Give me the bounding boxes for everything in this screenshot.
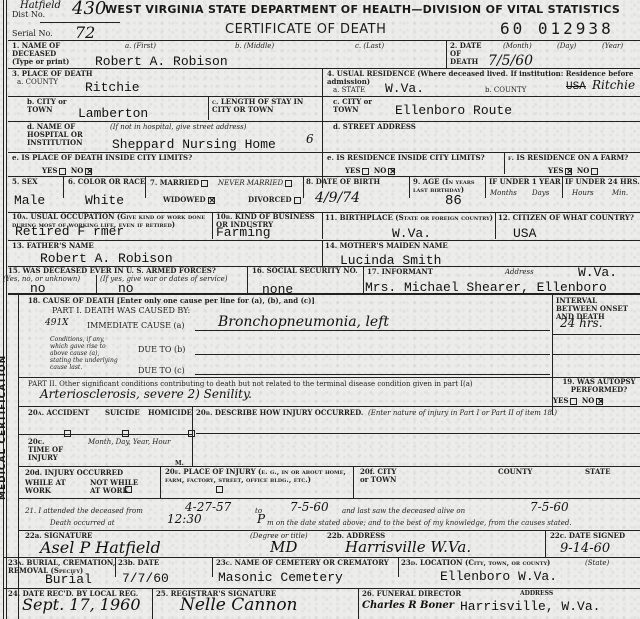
- burial-date-label: 23b. DATE: [118, 559, 159, 567]
- deceased-name: Robert A. Robison: [95, 54, 228, 69]
- yes-label: YES: [345, 166, 360, 175]
- due-to-c-label: DUE TO (c): [138, 367, 185, 375]
- underline: [195, 354, 550, 355]
- father-name: Robert A. Robison: [40, 251, 173, 266]
- months-label: Months: [490, 189, 517, 197]
- no-label: NO: [577, 166, 590, 175]
- death-time: 12:30: [167, 512, 202, 526]
- farm-options: YES✕ NO: [548, 166, 600, 175]
- cause-label-text: 18. CAUSE OF DEATH [Enter only one cause…: [28, 296, 315, 305]
- divider: [504, 152, 505, 174]
- divider: [485, 176, 486, 198]
- yes-checkbox[interactable]: [362, 168, 369, 175]
- dist-number: 430: [72, 0, 106, 19]
- divider: [192, 406, 193, 466]
- place-of-death-label: 3. PLACE OF DEATH: [12, 70, 93, 78]
- date-of-death-label: 2. DATE OF DEATH: [450, 42, 490, 66]
- burial-location: Ellenboro W.Va.: [440, 569, 557, 584]
- describe-hint: (Enter nature of injury in Part I or Par…: [368, 409, 557, 417]
- race: White: [85, 193, 124, 208]
- injury-county-label: COUNTY: [498, 468, 532, 476]
- autopsy-label: 19. WAS AUTOPSY PERFORMED?: [560, 378, 638, 394]
- date-signed-label: 22c. DATE SIGNED: [550, 532, 625, 540]
- agency-title: WEST VIRGINIA STATE DEPARTMENT OF HEALTH…: [105, 3, 620, 16]
- left-border: [3, 0, 4, 619]
- not-while-work-checkbox[interactable]: [216, 486, 223, 493]
- divider: [18, 377, 640, 378]
- min-label: Min.: [612, 189, 628, 197]
- divider: [353, 466, 354, 498]
- under-1-year-label: IF UNDER 1 YEAR: [489, 178, 561, 186]
- hospital-hint: (If not in hospital, give street address…: [110, 123, 246, 131]
- divider: [18, 498, 640, 499]
- death-city: Lamberton: [78, 106, 148, 121]
- res-inside-city-options: YES NO✕: [345, 166, 397, 175]
- divider: [247, 266, 248, 293]
- widowed-label: WIDOWED: [163, 195, 206, 204]
- divider: [8, 240, 640, 241]
- divorced-checkbox[interactable]: [294, 197, 301, 204]
- medical-certification-label: MEDICAL CERTIFICATION: [0, 355, 8, 500]
- yes-label: YES: [42, 166, 57, 175]
- cause-code: 491X: [45, 318, 69, 328]
- conditions-label: Conditions, if any, which gave rise to a…: [50, 336, 122, 371]
- divider: [96, 275, 97, 293]
- residence-city: Ellenboro Route: [395, 103, 512, 118]
- burial-method: Burial: [45, 572, 92, 587]
- yes-label: YES: [548, 166, 563, 175]
- divider: [322, 240, 323, 266]
- county-label: a. COUNTY: [17, 78, 58, 86]
- location-label: 23d. LOCATION (City, town, or county): [401, 559, 550, 567]
- immediate-cause-label: IMMEDIATE CAUSE (a): [87, 322, 185, 330]
- hospital-name: Sheppard Nursing Home: [112, 137, 276, 152]
- attended-to: 7-5-60: [290, 500, 329, 514]
- no-label: NO: [374, 166, 387, 175]
- part1-label: PART I. DEATH WAS CAUSED BY:: [52, 307, 190, 315]
- yes-label: YES: [553, 396, 568, 405]
- cemetery-name: Masonic Cemetery: [218, 570, 343, 585]
- location-state-label: (State): [585, 559, 609, 567]
- part2-conditions: Arteriosclerosis, severe 2) Senility.: [40, 387, 252, 401]
- widowed-option: WIDOWED✕: [163, 196, 217, 204]
- citizen: USA: [513, 226, 536, 241]
- death-at-label: Death occurred at: [50, 519, 115, 527]
- date-of-birth: 4/9/74: [315, 190, 360, 206]
- yes-checkbox-checked[interactable]: ✕: [565, 168, 572, 175]
- divider: [63, 176, 64, 198]
- divorced-option: DIVORCED: [248, 196, 303, 204]
- length-of-stay-label: c. LENGTH OF STAY IN CITY OR TOWN: [212, 98, 312, 114]
- divider: [212, 212, 213, 239]
- no-checkbox-checked[interactable]: ✕: [388, 168, 395, 175]
- hospital-note: 6: [306, 132, 314, 146]
- underline: [195, 330, 550, 331]
- divider: [303, 176, 304, 198]
- funeral-address-label: ADDRESS: [520, 590, 553, 598]
- accident-label: 20a. ACCIDENT: [28, 409, 89, 417]
- divider: [160, 466, 161, 498]
- injury-state-label: STATE: [585, 468, 610, 476]
- business: Farming: [216, 225, 271, 240]
- certificate-number: 60 012938: [500, 19, 614, 38]
- name-label: 1. NAME OF DECEASED (Type or print): [12, 42, 72, 66]
- divider: [446, 40, 447, 68]
- sex-label: 5. SEX: [12, 178, 38, 186]
- registrar-signature: Nelle Cannon: [180, 595, 298, 615]
- middle-label: b. (Middle): [235, 42, 274, 50]
- under-24-label: IF UNDER 24 HRS.: [565, 178, 640, 186]
- place-of-injury-label: 20e. PLACE OF INJURY (e. g., in or about…: [165, 468, 350, 484]
- mother-label: 14. MOTHER'S MAIDEN NAME: [325, 242, 448, 250]
- res-inside-city-label: e. IS RESIDENCE INSIDE CITY LIMITS?: [327, 154, 485, 162]
- underline: [195, 374, 550, 375]
- dob-label: 8. DATE OF BIRTH: [306, 178, 380, 186]
- informant-label: 17. INFORMANT: [367, 268, 433, 276]
- describe-label: 20b. DESCRIBE HOW INJURY OCCURRED.: [196, 409, 363, 417]
- divider: [552, 334, 640, 335]
- divider: [8, 96, 640, 97]
- never-married-label: NEVER MARRIED: [218, 179, 283, 187]
- time-of-injury-hint: Month, Day, Year, Hour: [88, 438, 170, 446]
- interval: 24 hrs.: [560, 316, 603, 330]
- citizen-label: 12. CITIZEN OF WHAT COUNTRY?: [498, 214, 634, 222]
- no-checkbox[interactable]: [591, 168, 598, 175]
- no-checkbox-checked[interactable]: ✕: [596, 398, 603, 405]
- no-checkbox-checked[interactable]: ✕: [85, 168, 92, 175]
- occupation: Retired F rmer: [15, 224, 124, 239]
- age: 86: [445, 193, 462, 209]
- time-of-injury-label: 20c. TIME OF INJURY: [28, 438, 68, 462]
- date-of-death: 7/5/60: [488, 53, 533, 69]
- immediate-cause: Bronchopneumonia, left: [218, 314, 389, 330]
- divider: [212, 557, 213, 577]
- residence-state: W.Va.: [385, 81, 424, 96]
- birthplace: W.Va.: [392, 226, 431, 241]
- inside-city-label: e. IS PLACE OF DEATH INSIDE CITY LIMITS?: [12, 154, 192, 162]
- death-county: Ritchie: [85, 80, 140, 95]
- physician-signature: Asel P Hatfield: [40, 538, 161, 557]
- homicide-label: HOMICIDE: [148, 409, 192, 417]
- divider: [322, 212, 323, 239]
- funeral-address: Harrisville, W.Va.: [460, 599, 600, 614]
- death-certificate: Hatfield Dist No. 430 Serial No. 72 WEST…: [0, 0, 640, 619]
- cemetery-label: 23c. NAME OF CEMETERY OR CREMATORY: [216, 559, 389, 567]
- funeral-director-signature: Charles R Boner: [362, 600, 454, 611]
- married-checkbox[interactable]: [201, 180, 208, 187]
- divider: [552, 354, 640, 355]
- death-ampm: P: [257, 512, 265, 526]
- serial-label: Serial No.: [12, 30, 53, 38]
- injury-city-label: 20f. CITY or TOWN: [360, 468, 400, 484]
- age-label: 9. AGE (In years last birthday): [413, 178, 483, 194]
- underline: [196, 433, 640, 434]
- usual-residence-label: 4. USUAL RESIDENCE (Where deceased lived…: [327, 70, 637, 86]
- married-option: 7. MARRIED: [150, 179, 210, 187]
- burial-date: 7/7/60: [122, 571, 169, 586]
- degree: MD: [270, 538, 297, 556]
- certificate-title: CERTIFICATE OF DEATH: [225, 22, 386, 37]
- day-label: (Day): [557, 42, 576, 50]
- not-while-work-label: NOT WHILE AT WORK: [90, 479, 146, 495]
- left-border-inner: [6, 0, 7, 619]
- married-label: 7. MARRIED: [150, 178, 199, 187]
- farm-label: f. IS RESIDENCE ON A FARM?: [508, 154, 628, 162]
- divider: [115, 557, 116, 577]
- dist-label: Dist No.: [12, 11, 45, 19]
- informant-address-label: Address: [505, 268, 534, 276]
- month-label: (Month): [503, 42, 532, 50]
- ssn-label: 16. SOCIAL SECURITY NO.: [252, 267, 358, 275]
- race-label: 6. COLOR OR RACE: [68, 178, 145, 186]
- divorced-label: DIVORCED: [248, 195, 292, 204]
- first-label: a. (First): [125, 42, 156, 50]
- cause-of-death-label: 18. CAUSE OF DEATH [Enter only one cause…: [28, 297, 315, 305]
- death-at-suffix: m on the date stated above; and to the b…: [267, 519, 572, 527]
- divider: [495, 212, 496, 239]
- divider: [322, 68, 323, 188]
- father-label: 13. FATHER'S NAME: [12, 242, 94, 250]
- street-label: d. STREET ADDRESS: [333, 123, 416, 131]
- attended-prefix: 21. I attended the deceased from: [25, 507, 143, 515]
- divider: [545, 530, 546, 557]
- autopsy-options: YES NO✕: [553, 396, 605, 405]
- armed-forces-label: 15. WAS DECEASED EVER IN U. S. ARMED FOR…: [8, 267, 216, 275]
- sex: Male: [14, 193, 45, 208]
- divider: [208, 96, 209, 120]
- res-county-struck: USA: [566, 81, 586, 93]
- no-label: NO: [71, 166, 84, 175]
- city-label: b. CITY or TOWN: [27, 98, 67, 114]
- state-label: a. STATE: [333, 86, 365, 94]
- divider: [152, 588, 153, 619]
- hospital-label: d. NAME OF HOSPITAL OR INSTITUTION: [27, 123, 97, 147]
- divider: [409, 176, 410, 198]
- suicide-label: SUICIDE: [105, 409, 140, 417]
- work-label: 20d. INJURY OCCURRED: [25, 469, 123, 477]
- death-inside-city-options: YES NO✕: [42, 166, 94, 175]
- divider: [8, 293, 640, 295]
- yes-checkbox[interactable]: [59, 168, 66, 175]
- birthplace-label: 11. BIRTHPLACE (State or foreign country…: [325, 214, 493, 222]
- hours-label: Hours: [572, 189, 594, 197]
- divider: [363, 266, 364, 293]
- divider: [358, 588, 359, 619]
- never-married-option: NEVER MARRIED: [218, 179, 294, 187]
- last-label: c. (Last): [355, 42, 384, 50]
- no-label: NO: [582, 396, 595, 405]
- informant-state: W.Va.: [578, 265, 617, 280]
- divider: [8, 40, 640, 41]
- physician-address: Harrisville W.Va.: [345, 538, 471, 556]
- last-saw-label: and last saw the deceased alive on: [342, 507, 465, 515]
- res-county-label: b. COUNTY: [485, 86, 526, 94]
- date-received: Sept. 17, 1960: [22, 595, 141, 614]
- divider: [398, 557, 399, 577]
- never-married-checkbox[interactable]: [285, 180, 292, 187]
- last-saw: 7-5-60: [530, 500, 569, 514]
- while-at-work-label: WHILE AT WORK: [25, 479, 70, 495]
- divider: [18, 406, 640, 407]
- date-signed: 9-14-60: [560, 541, 610, 556]
- res-city-label: c. CITY or TOWN: [333, 98, 373, 114]
- due-to-b-label: DUE TO (b): [138, 346, 185, 354]
- year-label: (Year): [602, 42, 623, 50]
- divider: [8, 121, 640, 122]
- widowed-checkbox-checked[interactable]: ✕: [208, 197, 215, 204]
- divider: [18, 434, 192, 435]
- days-label: Days: [532, 189, 549, 197]
- res-county: Ritchie: [592, 78, 635, 92]
- funeral-director-label: 26. FUNERAL DIRECTOR: [362, 590, 461, 598]
- divider: [562, 176, 563, 198]
- divider: [145, 176, 146, 198]
- yes-checkbox[interactable]: [570, 398, 577, 405]
